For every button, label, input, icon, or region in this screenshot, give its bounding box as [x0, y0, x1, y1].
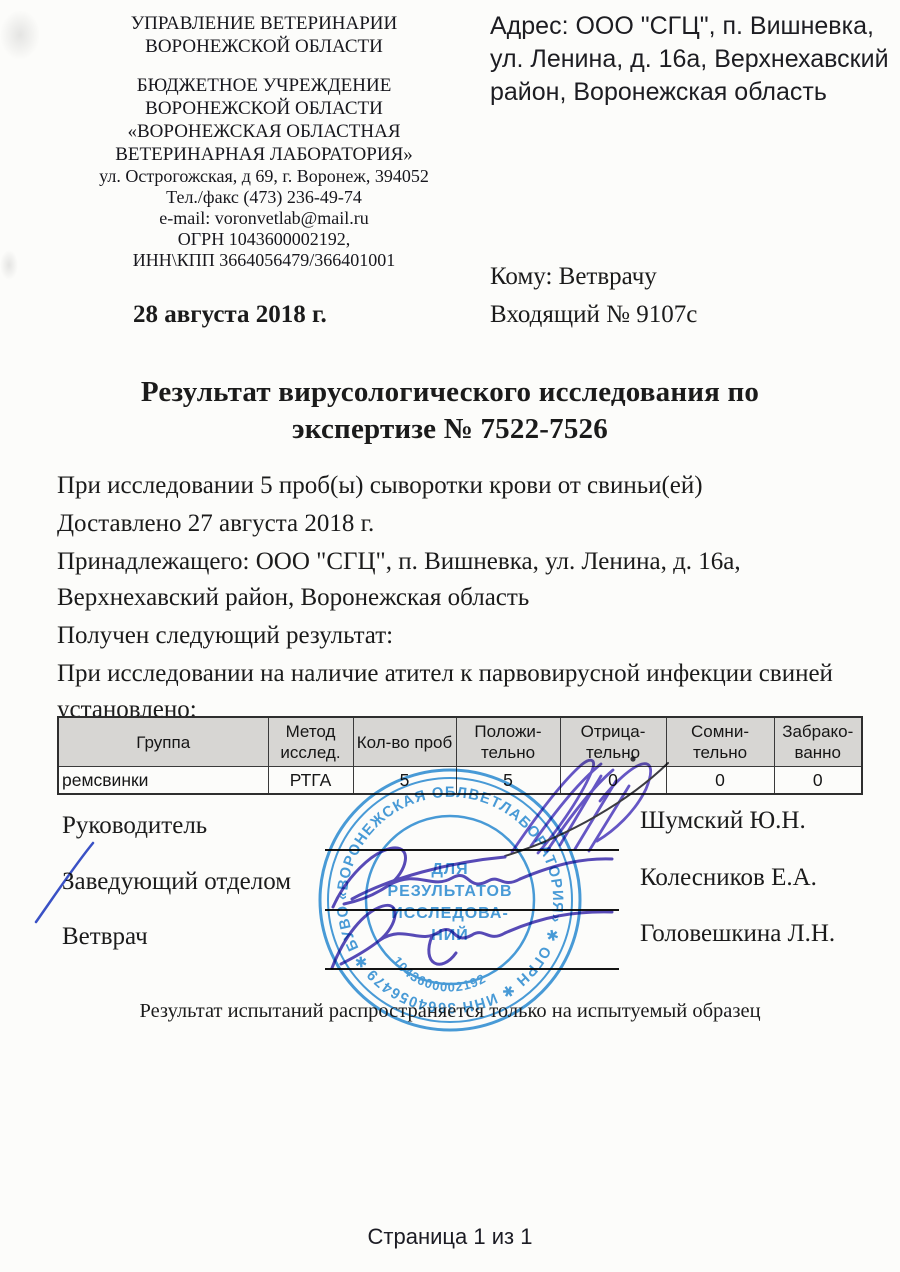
document-page: УПРАВЛЕНИЕ ВЕТЕРИНАРИИ ВОРОНЕЖСКОЙ ОБЛАС…	[0, 0, 900, 1272]
stray-pen-stroke	[36, 843, 93, 922]
veterinarian-signature	[332, 905, 612, 968]
director-signature	[512, 760, 651, 853]
page-number: Страница 1 из 1	[0, 1224, 900, 1250]
head-of-department-signature	[333, 848, 612, 907]
director-signature-dot	[630, 756, 635, 761]
ink-overlay	[0, 0, 900, 1272]
footer-disclaimer: Результат испытаний распространяется тол…	[0, 1000, 900, 1023]
